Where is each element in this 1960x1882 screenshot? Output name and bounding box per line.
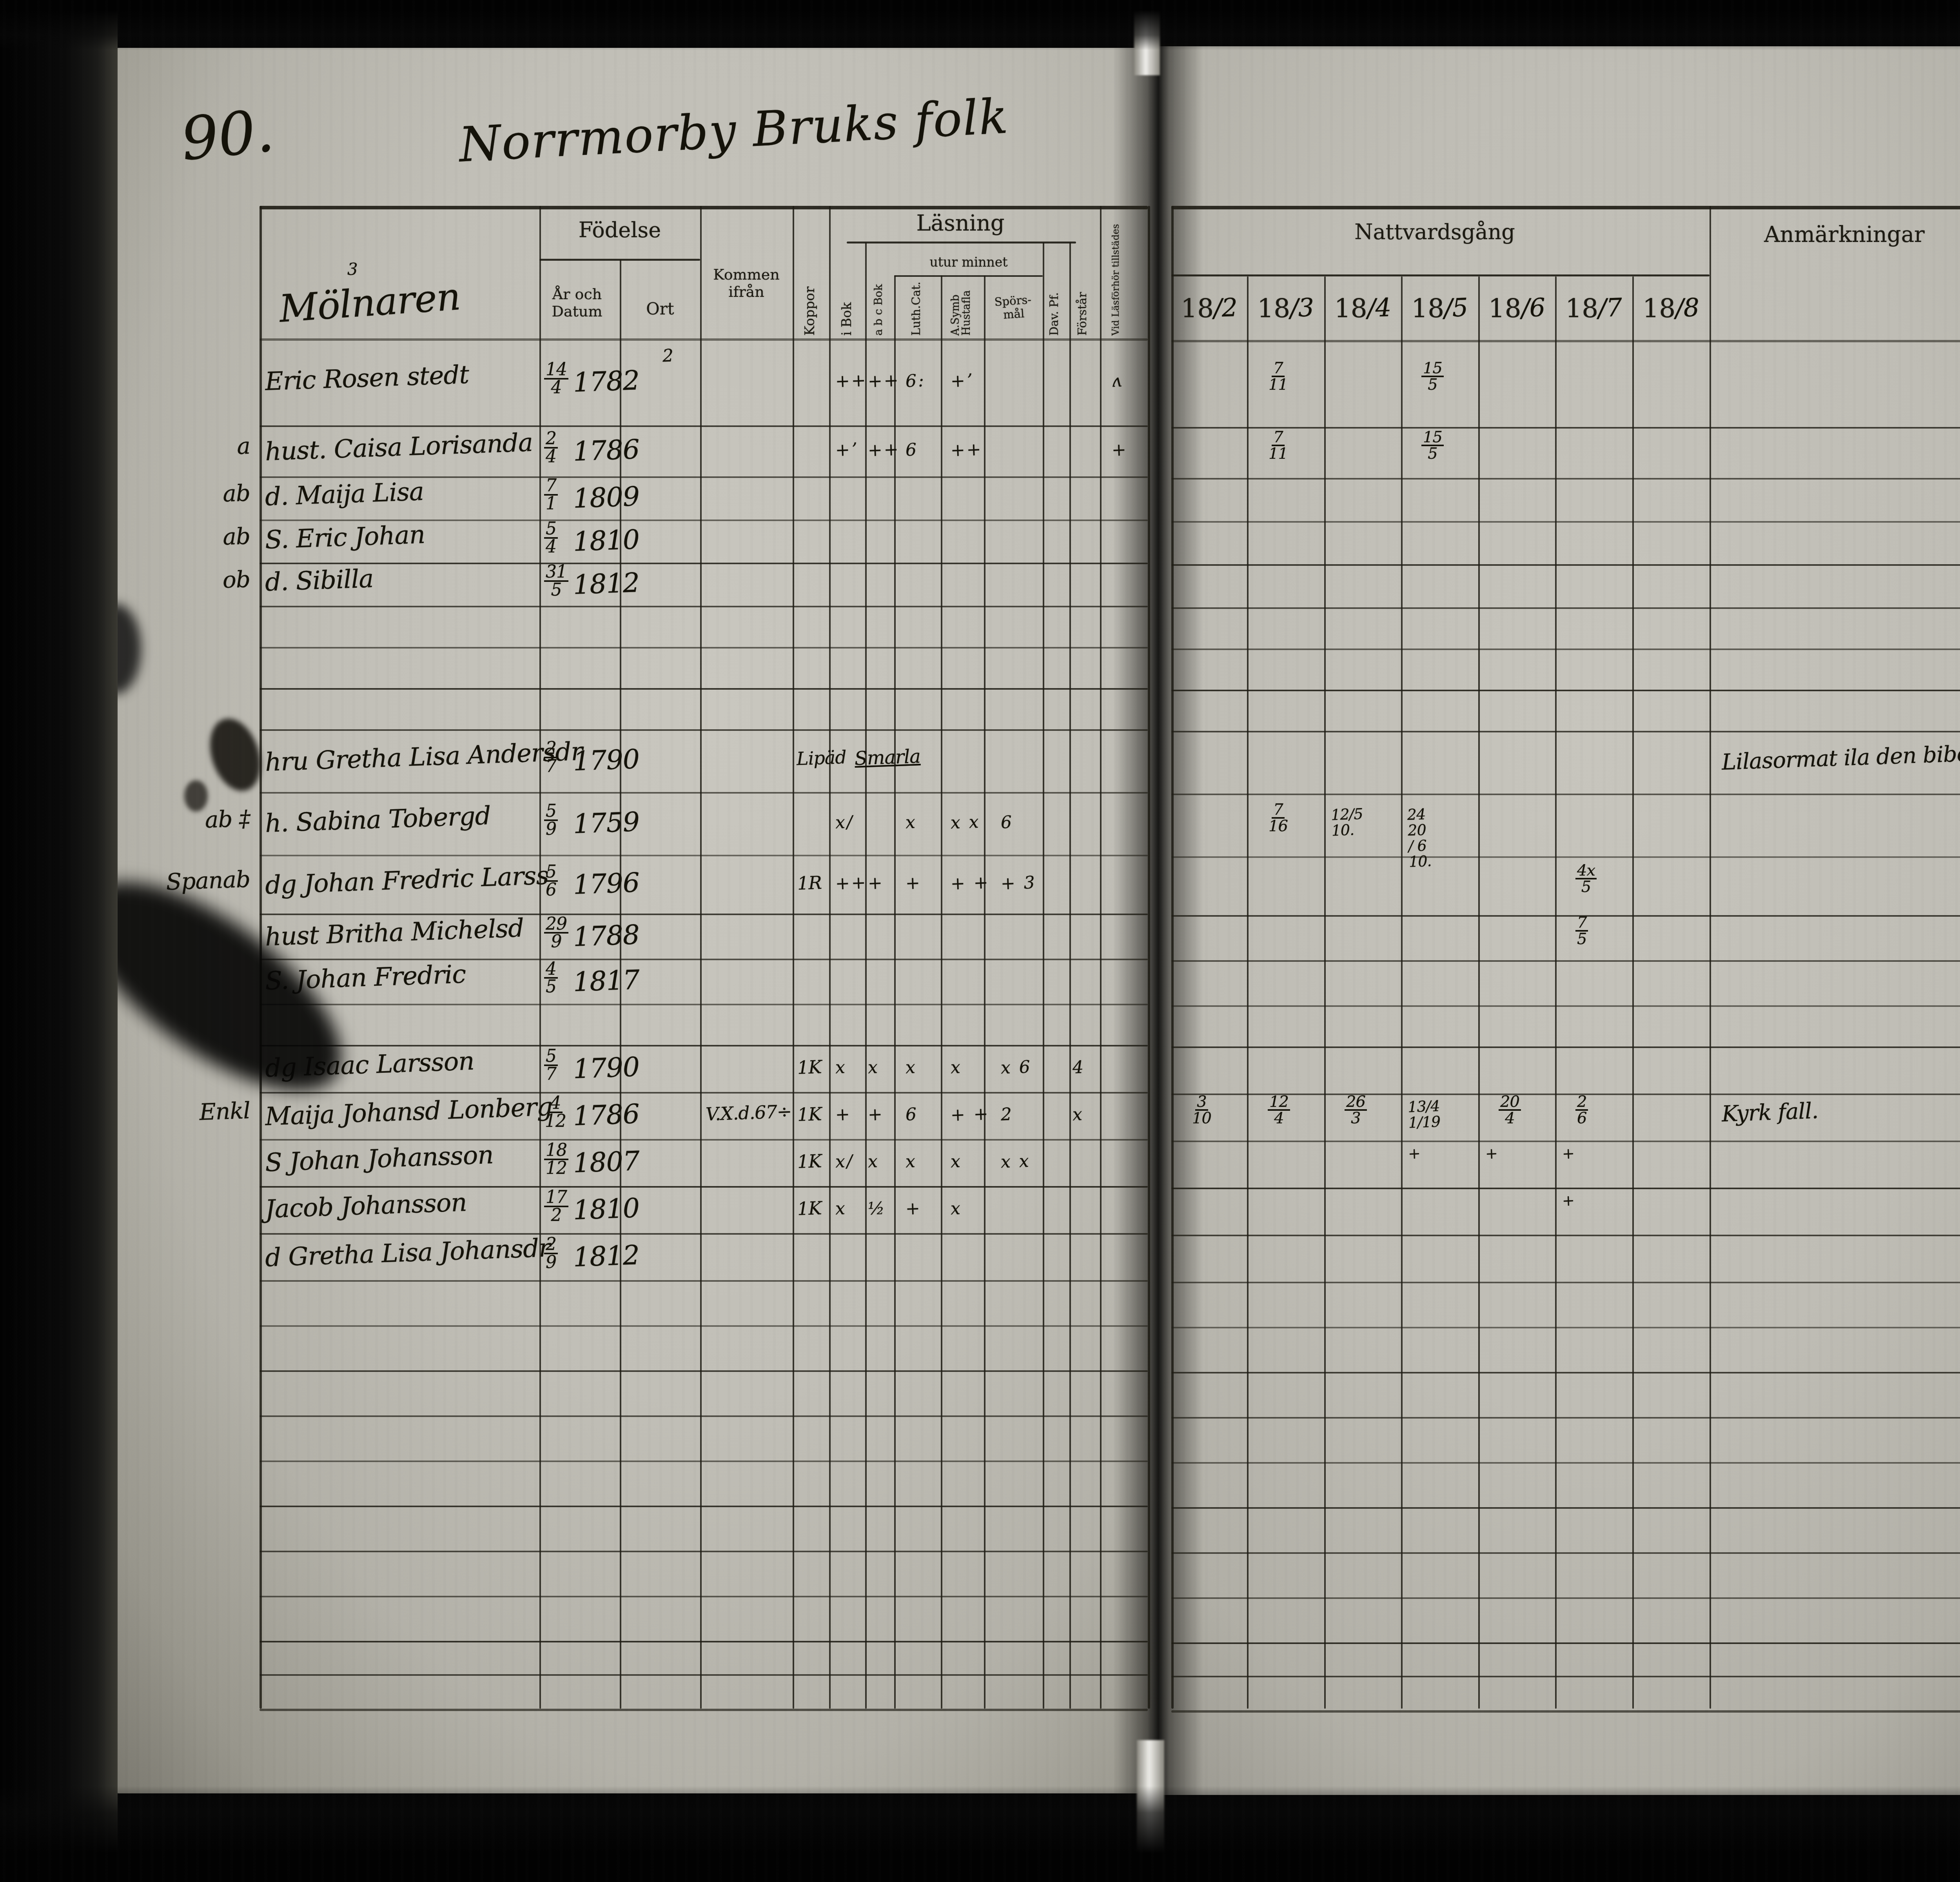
mark-nattvard-1813: 716 xyxy=(1268,802,1289,834)
table-rule-vertical xyxy=(1069,242,1071,1709)
table-rule-horizontal xyxy=(260,1506,1148,1507)
lasning-mark-abc: + xyxy=(867,1104,884,1124)
table-rule-vertical xyxy=(793,206,794,1709)
birth-year: 1796 xyxy=(573,867,640,901)
table-rule-horizontal xyxy=(1171,274,1710,276)
table-rule-horizontal xyxy=(260,1004,1148,1005)
table-rule-vertical xyxy=(894,275,896,1709)
header-dav-pf: Dav. Pf. xyxy=(1047,271,1061,336)
table-rule-vertical xyxy=(941,275,942,1709)
header-kommen-ifran: Kommen ifrån xyxy=(704,252,789,314)
table-rule-vertical xyxy=(700,206,702,1709)
mark-birth-date: 172 xyxy=(544,1189,568,1224)
film-border-bottom xyxy=(0,1786,1960,1882)
table-rule-horizontal xyxy=(1171,340,1960,342)
header-vid-lasforhor: Vid Läsförhör tillstädes xyxy=(1110,215,1121,336)
nattvard-1817: + xyxy=(1562,1193,1574,1209)
table-rule-vertical xyxy=(1632,276,1634,1709)
birth-year: 1786 xyxy=(573,434,640,467)
table-rule-horizontal xyxy=(260,1139,1148,1141)
table-rule-horizontal xyxy=(260,1186,1148,1188)
table-rule-horizontal xyxy=(260,959,1148,960)
nattvard-1817: + xyxy=(1562,1146,1574,1162)
table-rule-horizontal xyxy=(260,1233,1148,1235)
year-printed: 18 xyxy=(1334,293,1367,323)
table-rule-vertical xyxy=(1247,276,1249,1709)
lasning-mark-spors: 6 xyxy=(1000,812,1014,832)
table-rule-vertical xyxy=(1148,206,1150,1709)
header-koppor: Koppor xyxy=(802,235,818,336)
table-rule-horizontal xyxy=(1171,1597,1960,1599)
mark-nattvard-1813: 711 xyxy=(1268,430,1289,461)
table-rule-horizontal xyxy=(1171,427,1960,429)
lasning-mark-luth: x xyxy=(905,812,917,833)
header-i-bok: i Bok xyxy=(839,254,854,336)
year-header: 18/7 xyxy=(1555,281,1632,336)
table-rule-horizontal xyxy=(894,275,1043,277)
table-rule-vertical xyxy=(865,242,867,1709)
table-rule-vertical xyxy=(1401,276,1403,1709)
year-printed: 18 xyxy=(1411,293,1444,323)
lasning-mark-i_bok: + xyxy=(835,1104,852,1124)
table-rule-horizontal xyxy=(260,792,1148,794)
margin-note: Enkl xyxy=(136,1097,250,1128)
table-rule-horizontal xyxy=(1171,856,1960,858)
birth-year: 1790 xyxy=(573,744,640,777)
lasning-mark-luth: 6 xyxy=(905,440,918,460)
nattvard-1815: + xyxy=(1408,1146,1420,1162)
mark-birth-date: 59 xyxy=(544,803,558,837)
table-rule-horizontal xyxy=(1171,1327,1960,1328)
table-rule-horizontal xyxy=(260,1415,1148,1417)
lasning-mark-luth: x xyxy=(905,1152,917,1172)
birth-year: 1759 xyxy=(573,807,640,840)
year-printed: 18 xyxy=(1642,293,1675,323)
table-rule-horizontal xyxy=(1171,1046,1960,1048)
year-header: 18/5 xyxy=(1401,281,1478,336)
kommen-ifran-note-2: Smarla xyxy=(854,745,921,770)
table-rule-horizontal xyxy=(260,914,1148,915)
table-rule-vertical xyxy=(1710,206,1711,1709)
mark-birth-date: 1812 xyxy=(544,1142,568,1177)
table-rule-horizontal xyxy=(1171,1235,1960,1236)
year-script-digit: /8 xyxy=(1675,293,1700,323)
mark-birth-date: 54 xyxy=(544,521,558,555)
year-printed: 18 xyxy=(1488,293,1521,323)
mark-nattvard-1813: 124 xyxy=(1268,1094,1290,1126)
header-forstar: Förstår xyxy=(1076,266,1089,336)
table-rule-horizontal xyxy=(1171,1282,1960,1283)
lasning-mark-i_bok: +ʼ xyxy=(835,440,859,460)
left-page-number: 90. xyxy=(178,96,277,174)
lasning-mark-i_bok: ++ xyxy=(835,873,867,894)
table-rule-horizontal xyxy=(1171,649,1960,650)
header-a-symb-hustafla: A.Symb Hustafla xyxy=(950,276,976,336)
mark-birth-date: 71 xyxy=(544,478,558,512)
year-printed: 18 xyxy=(1181,293,1214,323)
mark-nattvard-1812: 310 xyxy=(1191,1094,1212,1126)
year-script-digit: /2 xyxy=(1213,293,1238,323)
table-rule-vertical xyxy=(1100,206,1102,1709)
table-rule-horizontal xyxy=(1171,1710,1960,1713)
table-rule-horizontal xyxy=(1171,564,1960,566)
table-rule-horizontal xyxy=(1171,1188,1960,1189)
ink-blot-small xyxy=(184,780,208,812)
header-nattvardsgang: Nattvardsgång xyxy=(1286,214,1584,249)
lasning-mark-symb: x x xyxy=(950,812,980,833)
table-rule-horizontal xyxy=(260,425,1148,427)
lasning-mark-spors: x x xyxy=(1000,1151,1031,1172)
table-rule-horizontal xyxy=(1171,690,1960,691)
mark-birth-date: 299 xyxy=(544,916,568,950)
header-luth-cat: Luth.Cat. xyxy=(909,277,923,336)
year-header: 18/6 xyxy=(1478,281,1555,336)
mark-nattvard-1817: 26 xyxy=(1575,1094,1588,1126)
year-header: 18/2 xyxy=(1171,281,1247,336)
lasning-mark-abc: ++ xyxy=(867,440,900,461)
nattvard-1815: 24 20 / 6 10. xyxy=(1407,807,1432,870)
table-rule-horizontal xyxy=(260,206,1148,209)
lasning-mark-luth: 6: xyxy=(905,371,926,391)
header-name-sup: 3 xyxy=(347,260,358,279)
table-rule-vertical xyxy=(984,275,985,1709)
lasning-mark-abc: + xyxy=(867,873,884,893)
birth-year: 1810 xyxy=(573,1193,640,1226)
lasning-mark-vid: + xyxy=(1111,440,1128,460)
mark-nattvard-1813: 711 xyxy=(1268,361,1289,392)
lasning-mark-symb: x xyxy=(950,1152,962,1172)
lasning-mark-symb: x xyxy=(950,1199,962,1219)
year-script-digit: /4 xyxy=(1367,293,1392,323)
lasning-mark-i_bok: x xyxy=(835,1057,847,1078)
mark-birth-date: 144 xyxy=(544,362,568,396)
microfilm-scan: 90. Norrmorby Bruks folk 91 Födelse År o… xyxy=(0,0,1960,1882)
birth-year: 1817 xyxy=(573,965,640,998)
mark-birth-date: 315 xyxy=(544,564,568,598)
birth-year-sup: 2 xyxy=(662,346,673,366)
header-anmarkningar: Anmärkningar xyxy=(1721,216,1960,253)
header-abc-bok: a b c Bok xyxy=(872,279,885,336)
birth-year: 1812 xyxy=(573,1240,640,1273)
mark-nattvard-1817: 4x5 xyxy=(1575,863,1597,894)
nattvard-1815: 13/4 1/19 xyxy=(1408,1099,1441,1131)
kommen-ifran-note: V.X.d.67÷ xyxy=(705,1101,792,1125)
table-rule-horizontal xyxy=(260,1674,1148,1676)
table-rule-horizontal xyxy=(847,242,1076,243)
birth-year: 1807 xyxy=(573,1146,640,1179)
table-rule-horizontal xyxy=(1171,1005,1960,1007)
year-printed: 18 xyxy=(1565,293,1598,323)
year-printed: 18 xyxy=(1257,293,1290,323)
lasning-mark-i_bok: x/ xyxy=(835,812,854,833)
table-rule-horizontal xyxy=(1171,1372,1960,1373)
table-rule-horizontal xyxy=(1171,794,1960,795)
table-rule-horizontal xyxy=(260,1045,1148,1046)
year-script-digit: /6 xyxy=(1521,293,1546,323)
year-script-digit: /3 xyxy=(1290,293,1314,323)
mark-nattvard-1817: 75 xyxy=(1575,915,1588,946)
lasning-mark-luth: 6 xyxy=(905,1104,918,1124)
lasning-mark-luth: + xyxy=(905,873,922,893)
koppor-mark: 1R xyxy=(797,872,822,894)
table-rule-vertical xyxy=(1324,276,1326,1709)
lasning-mark-i_bok: x xyxy=(835,1199,847,1219)
nattvard-1816: + xyxy=(1485,1146,1497,1162)
table-rule-horizontal xyxy=(1171,1507,1960,1509)
header-utur-minnet: utur minnet xyxy=(894,251,1043,273)
year-header: 18/4 xyxy=(1324,281,1401,336)
birth-year: 1788 xyxy=(573,919,640,953)
koppor-mark: 1K xyxy=(797,1103,822,1125)
year-script-digit: /7 xyxy=(1598,293,1622,323)
table-rule-vertical xyxy=(1171,206,1174,1709)
birth-year: 1782 xyxy=(573,365,640,398)
koppor-mark: 1K xyxy=(797,1150,822,1172)
person-name: d. Maija Lisa xyxy=(265,477,424,512)
lasning-mark-abc: ++ xyxy=(867,371,900,392)
table-rule-horizontal xyxy=(1171,915,1960,917)
year-header: 18/3 xyxy=(1247,281,1324,336)
table-rule-horizontal xyxy=(1171,1462,1960,1464)
birth-year: 1812 xyxy=(573,567,640,601)
lasning-mark-i_bok: ++ xyxy=(835,371,867,392)
table-rule-horizontal xyxy=(260,1709,1148,1711)
table-rule-horizontal xyxy=(260,1641,1148,1642)
lasning-mark-luth: x xyxy=(905,1057,917,1078)
table-rule-horizontal xyxy=(260,1092,1148,1094)
table-rule-horizontal xyxy=(260,647,1148,649)
year-header: 18/8 xyxy=(1632,281,1710,336)
margin-note: ab xyxy=(136,523,250,553)
lasning-mark-i_bok: x/ xyxy=(835,1151,854,1172)
table-rule-horizontal xyxy=(260,563,1148,564)
margin-note: ab xyxy=(136,480,250,510)
anmarkning-note: Kyrk fall. xyxy=(1721,1098,1818,1127)
lasning-mark-forstar: 4 xyxy=(1072,1057,1085,1077)
table-rule-horizontal xyxy=(1171,960,1960,962)
table-rule-horizontal xyxy=(1171,1642,1960,1644)
table-rule-horizontal xyxy=(1171,731,1960,732)
table-rule-horizontal xyxy=(1171,1676,1960,1677)
table-rule-horizontal xyxy=(1171,607,1960,609)
table-rule-horizontal xyxy=(260,1461,1148,1462)
table-rule-horizontal xyxy=(260,1370,1148,1372)
koppor-mark: 1K xyxy=(797,1197,822,1219)
nattvard-1814: 12/5 10. xyxy=(1331,807,1364,839)
mark-birth-date: 45 xyxy=(544,961,558,995)
mark-birth-date: 56 xyxy=(544,864,558,898)
birth-year: 1810 xyxy=(573,524,640,558)
lasning-mark-spors: x 6 xyxy=(1000,1057,1032,1078)
mark-birth-date: 27 xyxy=(544,740,558,775)
table-rule-horizontal xyxy=(1171,1141,1960,1142)
table-rule-vertical xyxy=(1555,276,1557,1709)
lasning-mark-abc: x xyxy=(867,1152,880,1172)
mark-nattvard-1816: 204 xyxy=(1499,1094,1521,1126)
table-rule-vertical xyxy=(539,206,541,1709)
kommen-ifran-note: Lipäd xyxy=(796,747,846,769)
header-ort: Ort xyxy=(626,291,695,326)
table-rule-horizontal xyxy=(260,855,1148,856)
header-fodelse: Födelse xyxy=(539,212,700,248)
table-rule-horizontal xyxy=(260,606,1148,607)
table-rule-horizontal xyxy=(1171,521,1960,523)
header-sporsmal: Spörs- mål xyxy=(985,282,1042,332)
film-border-left xyxy=(0,0,118,1882)
table-rule-vertical xyxy=(1478,276,1480,1709)
mark-nattvard-1815: 155 xyxy=(1421,430,1444,461)
lasning-mark-symb: + + xyxy=(950,1104,990,1125)
mark-nattvard-1815: 155 xyxy=(1421,361,1444,392)
margin-note: a xyxy=(136,432,250,463)
table-rule-horizontal xyxy=(1171,1552,1960,1554)
table-rule-horizontal xyxy=(260,1596,1148,1597)
table-rule-horizontal xyxy=(260,520,1148,521)
lasning-mark-symb: ++ xyxy=(950,440,983,461)
table-rule-horizontal xyxy=(260,476,1148,478)
birth-year: 1809 xyxy=(573,481,640,514)
mark-birth-date: 29 xyxy=(544,1236,558,1271)
lasning-mark-spors: + 3 xyxy=(1000,872,1037,894)
header-ar-och-datum: År och Datum xyxy=(542,270,612,336)
table-rule-horizontal xyxy=(260,1325,1148,1327)
lasning-mark-abc: ½ xyxy=(867,1198,886,1219)
table-rule-horizontal xyxy=(1171,206,1960,209)
table-rule-horizontal xyxy=(260,729,1148,731)
table-rule-horizontal xyxy=(260,1280,1148,1282)
koppor-mark: 1K xyxy=(797,1056,822,1078)
lasning-mark-vid: ʌ xyxy=(1111,371,1123,391)
header-lasning: Läsning xyxy=(878,207,1043,239)
lasning-mark-abc: x xyxy=(867,1057,880,1078)
lasning-mark-symb: + + xyxy=(950,872,990,894)
year-script-digit: /5 xyxy=(1444,293,1468,323)
lasning-mark-symb: x xyxy=(950,1057,962,1078)
table-rule-horizontal xyxy=(1171,478,1960,480)
birth-year: 1786 xyxy=(573,1099,640,1132)
lasning-mark-symb: +ʼ xyxy=(950,371,974,391)
mark-birth-date: 412 xyxy=(544,1095,567,1130)
film-border-top xyxy=(0,0,1960,50)
lasning-mark-luth: + xyxy=(905,1198,922,1219)
table-rule-horizontal xyxy=(1171,1417,1960,1419)
table-rule-horizontal xyxy=(260,338,1148,341)
lasning-mark-spors: 2 xyxy=(1000,1104,1014,1124)
table-rule-vertical xyxy=(1043,242,1044,1709)
table-rule-horizontal xyxy=(260,1551,1148,1552)
mark-birth-date: 57 xyxy=(544,1048,558,1083)
table-rule-horizontal xyxy=(260,688,1148,690)
margin-note: ob xyxy=(136,566,250,596)
mark-birth-date: 24 xyxy=(544,431,558,465)
mark-nattvard-1814: 263 xyxy=(1345,1094,1367,1126)
person-name: S. Eric Johan xyxy=(265,520,425,555)
person-name: d. Sibilla xyxy=(265,564,374,597)
lasning-mark-forstar: x xyxy=(1072,1104,1084,1125)
table-rule-vertical xyxy=(829,206,831,1709)
birth-year: 1790 xyxy=(573,1052,640,1085)
